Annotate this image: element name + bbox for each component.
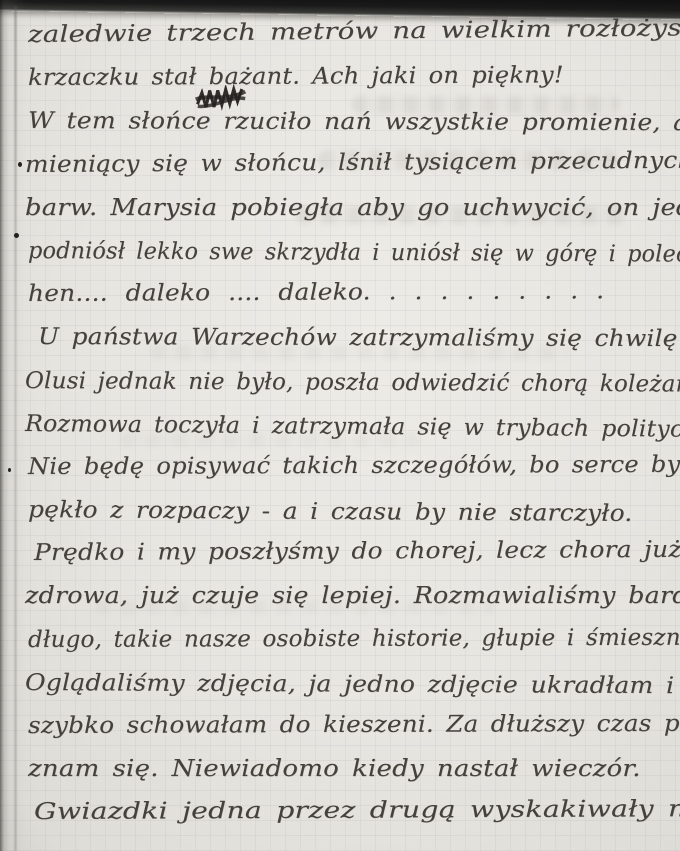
handwritten-line: długo, takie nasze osobiste historie, gł… bbox=[28, 616, 673, 661]
handwritten-text-block: zaledwie trzech metrów na wielkim rozłoż… bbox=[28, 14, 673, 835]
scan-edge-left bbox=[0, 0, 26, 851]
handwritten-line: znam się. Niewiadomo kiedy nastał wieczó… bbox=[28, 748, 680, 791]
handwritten-line: Olusi jednak nie było, poszła odwiedzić … bbox=[25, 360, 673, 407]
handwritten-line: Gwiazdki jedna przez drugą wyskakiwały n… bbox=[34, 788, 680, 835]
handwritten-line: Oglądaliśmy zdjęcia, ja jedno zdjęcie uk… bbox=[25, 662, 680, 709]
handwritten-line: krzaczku stał bażant. Ach jaki on piękny… bbox=[28, 54, 680, 101]
handwritten-line: hen.... daleko .... daleko. . . . . . . … bbox=[28, 270, 680, 317]
handwritten-line: U państwa Warzechów zatrzymaliśmy się ch… bbox=[38, 316, 680, 361]
ink-speck bbox=[18, 162, 22, 167]
page-crease-left bbox=[14, 6, 17, 851]
handwritten-line: W tem słońce rzuciło nań wszystkie promi… bbox=[28, 100, 680, 145]
handwritten-line: zdrowa, już czuje się lepiej. Rozmawiali… bbox=[25, 575, 680, 618]
handwritten-line: mieniący się w słońcu, lśnił tysiącem pr… bbox=[25, 139, 680, 187]
ink-speck bbox=[8, 468, 11, 472]
handwritten-line: barw. Marysia pobiegła aby go uchwycić, … bbox=[25, 187, 680, 230]
ink-speck bbox=[14, 233, 19, 238]
scanned-notebook-page: zaledwie trzech metrów na wielkim rozłoż… bbox=[0, 0, 680, 851]
handwritten-line: zaledwie trzech metrów na wielkim rozłoż… bbox=[28, 6, 680, 57]
handwritten-line: Nie będę opisywać takich szczegółów, bo … bbox=[28, 444, 680, 489]
handwritten-line: szybko schowałam do kieszeni. Za dłuższy… bbox=[28, 703, 680, 748]
handwritten-line: Prędko i my poszłyśmy do chorej, lecz ch… bbox=[34, 529, 680, 576]
